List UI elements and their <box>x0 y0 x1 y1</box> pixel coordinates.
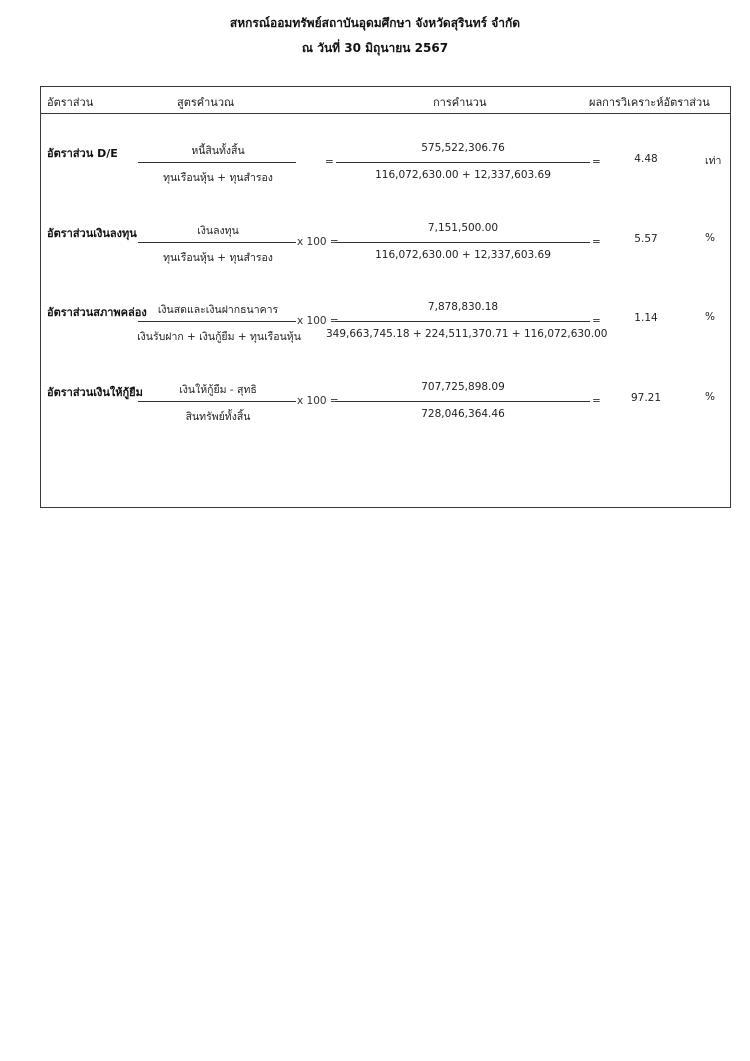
formula-fraction-line <box>138 321 296 322</box>
equals-sign: = <box>592 236 601 248</box>
header-formula: สูตรคำนวณ <box>177 93 234 111</box>
multiplier-operator: = <box>325 156 334 168</box>
ratio-result: 5.57 <box>611 233 681 245</box>
equals-sign: = <box>592 156 601 168</box>
ratio-table: อัตราส่วน สูตรคำนวณ การคำนวน ผลการวิเครา… <box>40 86 731 508</box>
ratio-result: 4.48 <box>611 153 681 165</box>
calc-denominator: 116,072,630.00 + 12,337,603.69 <box>326 169 600 181</box>
result-unit: % <box>705 232 715 244</box>
ratio-result: 97.21 <box>611 392 681 404</box>
header-result: ผลการวิเคราะห์อัตราส่วน <box>589 93 710 111</box>
formula-denominator: สินทรัพย์ทั้งสิ้น <box>138 408 298 425</box>
calc-numerator: 707,725,898.09 <box>336 381 590 393</box>
ratio-name: อัตราส่วน D/E <box>47 144 118 162</box>
formula-denominator: ทุนเรือนหุ้น + ทุนสำรอง <box>138 169 298 186</box>
result-unit: % <box>705 311 715 323</box>
ratio-result: 1.14 <box>611 312 681 324</box>
multiplier-operator: x 100 = <box>297 395 339 407</box>
calc-fraction-line <box>336 401 590 402</box>
document-date: ณ วันที่ 30 มิถุนายน 2567 <box>0 39 750 58</box>
calc-fraction-line <box>336 162 590 163</box>
calc-numerator: 575,522,306.76 <box>336 142 590 154</box>
formula-numerator: เงินสดและเงินฝากธนาคาร <box>138 301 298 318</box>
formula-numerator: เงินลงทุน <box>138 222 298 239</box>
ratio-name: อัตราส่วนเงินลงทุน <box>47 224 137 242</box>
calc-fraction-line <box>336 321 590 322</box>
formula-fraction-line <box>138 242 296 243</box>
header-divider <box>41 113 730 114</box>
formula-denominator: เงินรับฝาก + เงินกู้ยืม + ทุนเรือนหุ้น <box>134 328 304 345</box>
header-ratio: อัตราส่วน <box>47 93 93 111</box>
calc-denominator: 349,663,745.18 + 224,511,370.71 + 116,07… <box>326 328 600 340</box>
header-calculation: การคำนวน <box>433 93 487 111</box>
calc-fraction-line <box>336 242 590 243</box>
equals-sign: = <box>592 395 601 407</box>
multiplier-operator: x 100 = <box>297 236 339 248</box>
calc-denominator: 728,046,364.46 <box>326 408 600 420</box>
calc-numerator: 7,151,500.00 <box>336 222 590 234</box>
formula-fraction-line <box>138 162 296 163</box>
document-title: สหกรณ์ออมทรัพย์สถาบันอุดมศึกษา จังหวัดสุ… <box>0 14 750 33</box>
equals-sign: = <box>592 315 601 327</box>
ratio-name: อัตราส่วนสภาพคล่อง <box>47 303 147 321</box>
calc-denominator: 116,072,630.00 + 12,337,603.69 <box>326 249 600 261</box>
formula-numerator: เงินให้กู้ยืม - สุทธิ <box>138 381 298 398</box>
multiplier-operator: x 100 = <box>297 315 339 327</box>
result-unit: เท่า <box>705 152 721 169</box>
formula-numerator: หนี้สินทั้งสิ้น <box>138 142 298 159</box>
formula-fraction-line <box>138 401 296 402</box>
result-unit: % <box>705 391 715 403</box>
ratio-name: อัตราส่วนเงินให้กู้ยืม <box>47 383 143 401</box>
calc-numerator: 7,878,830.18 <box>336 301 590 313</box>
formula-denominator: ทุนเรือนหุ้น + ทุนสำรอง <box>138 249 298 266</box>
